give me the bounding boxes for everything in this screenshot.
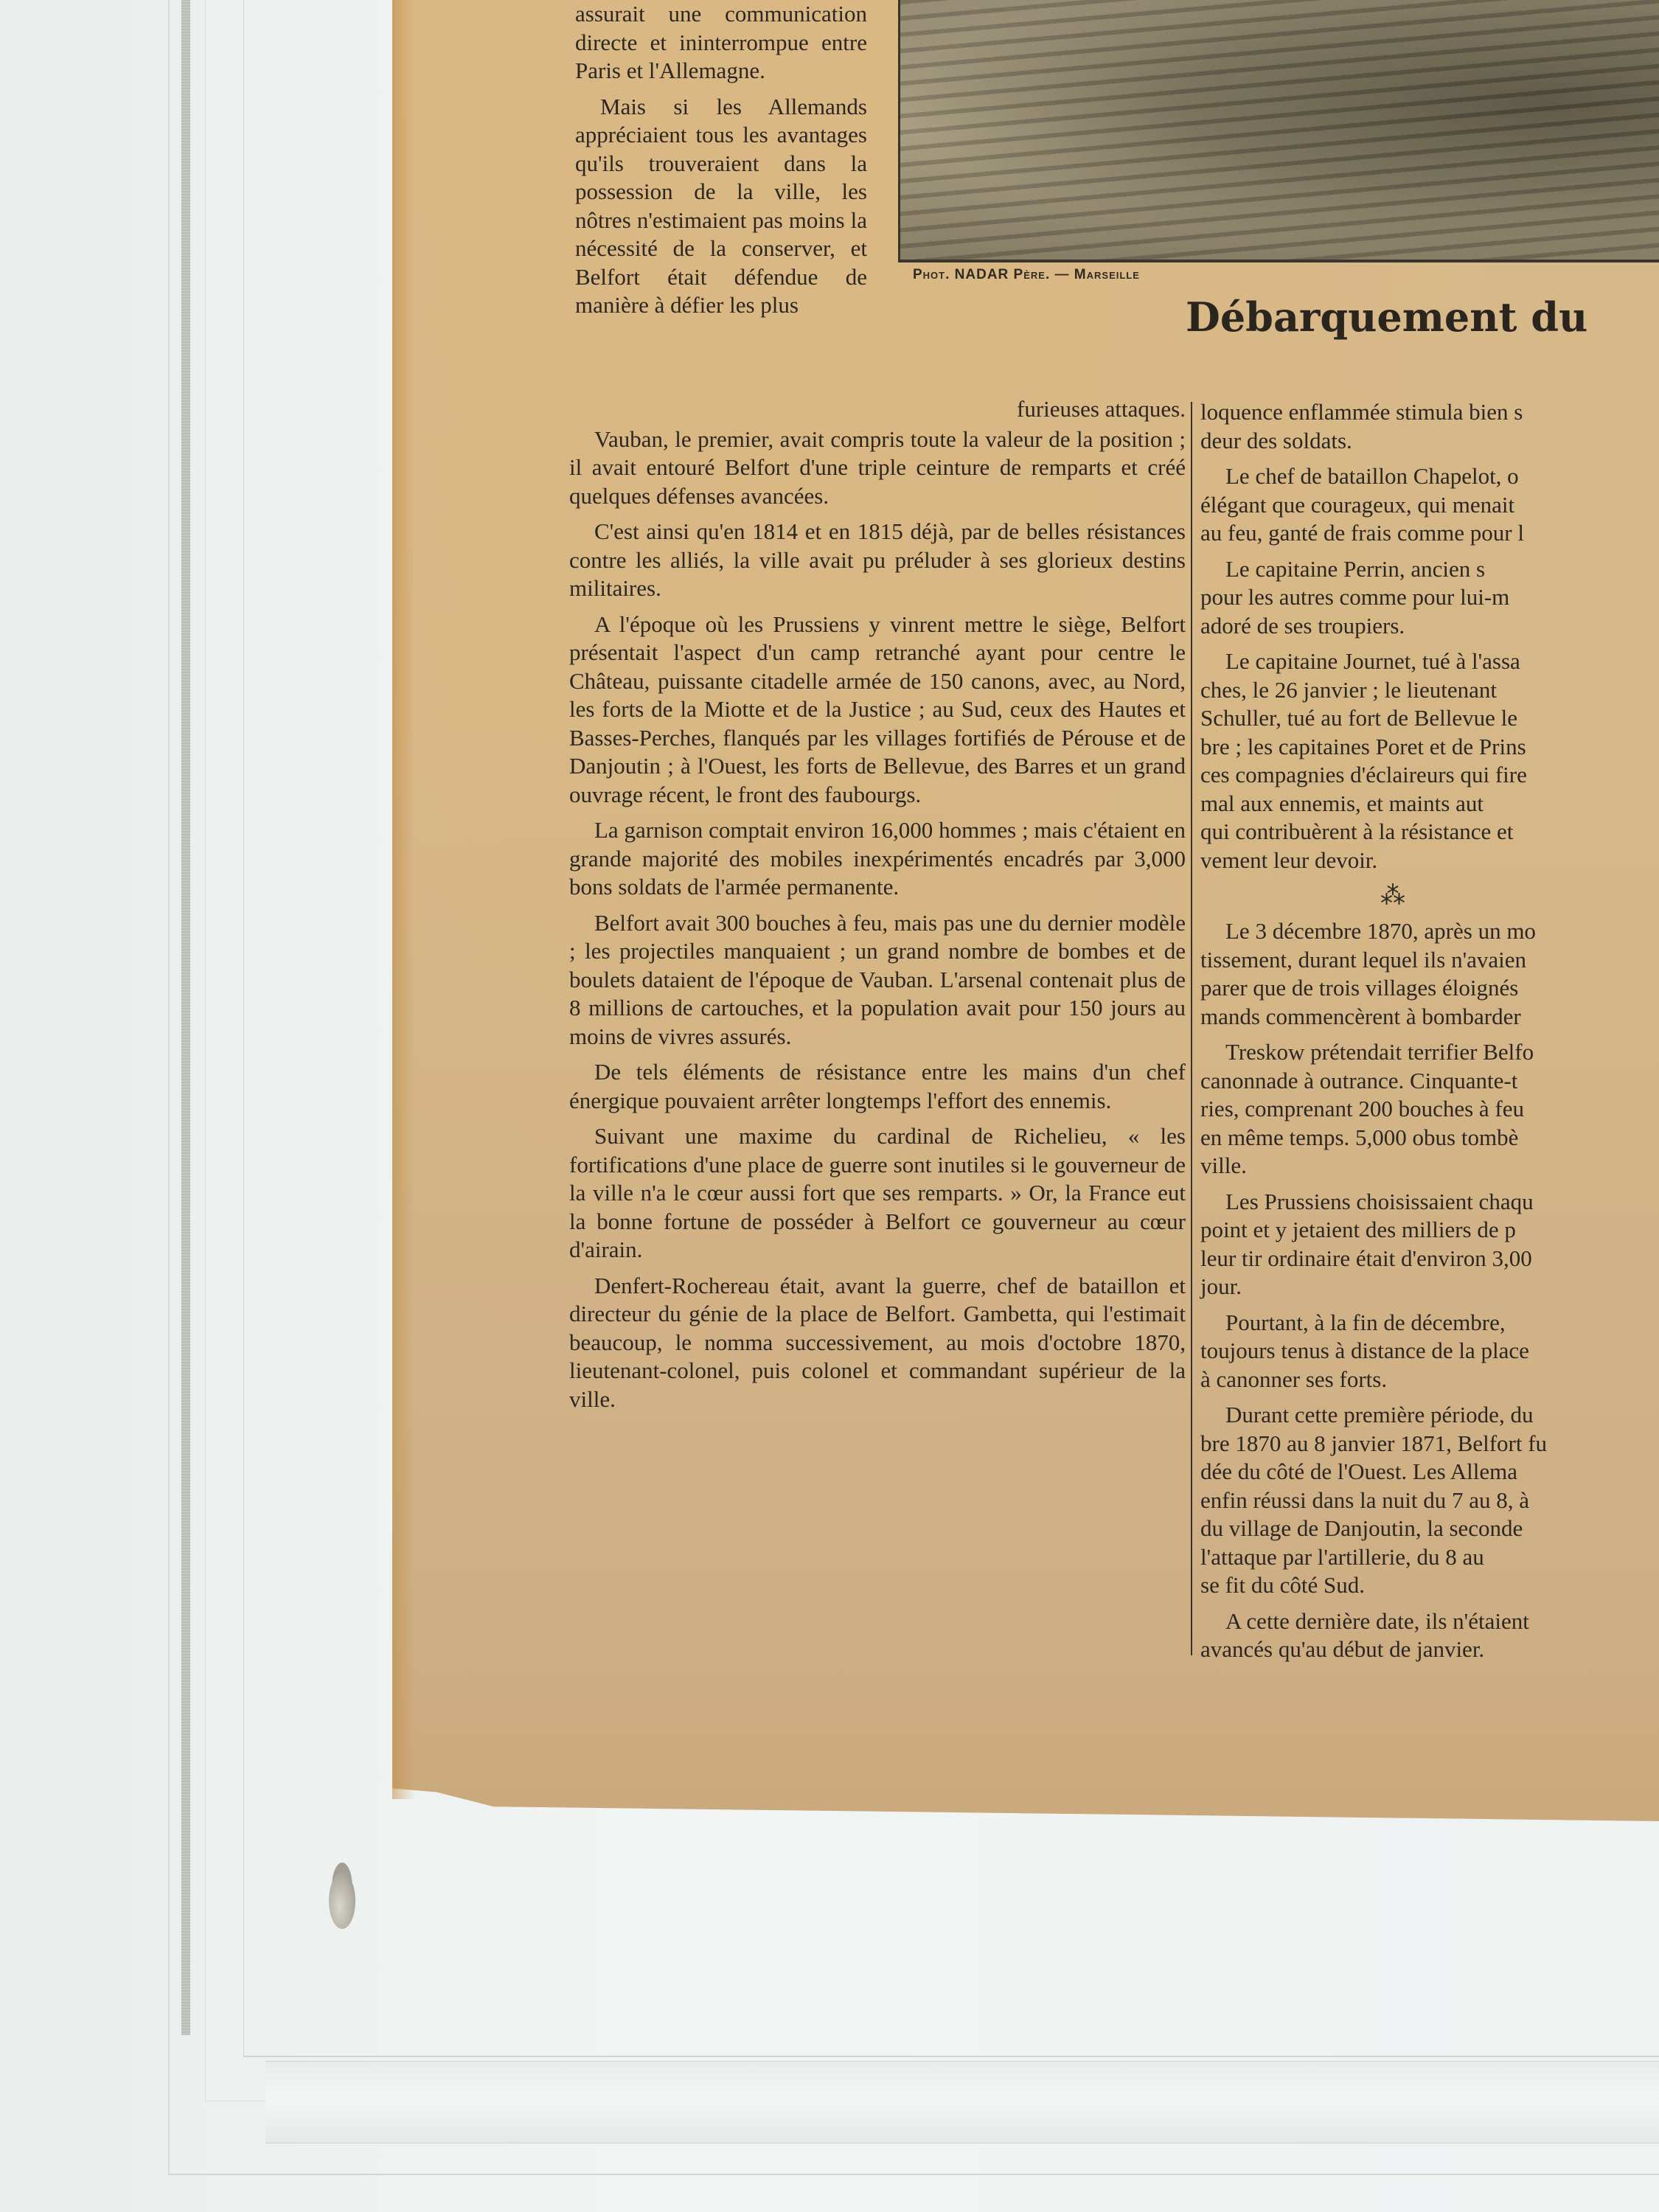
text-line: au feu, ganté de frais comme pour l xyxy=(1200,519,1659,548)
paragraph: Durant cette première période, dubre 187… xyxy=(1200,1401,1659,1600)
text-line: enfin réussi dans la nuit du 7 au 8, à xyxy=(1200,1486,1659,1515)
text-line: ces compagnies d'éclaireurs qui fire xyxy=(1200,761,1659,790)
text-line: Pourtant, à la fin de décembre, xyxy=(1200,1309,1659,1338)
text-line: mands commencèrent à bombarder xyxy=(1200,1003,1659,1032)
text-line: canonnade à outrance. Cinquante-t xyxy=(1200,1067,1659,1096)
text-line: bre ; les capitaines Poret et de Prins xyxy=(1200,733,1659,762)
acrylic-frame-groove xyxy=(181,0,190,2035)
paragraph: A l'époque où les Prussiens y vinrent me… xyxy=(569,611,1186,810)
paragraph: C'est ainsi qu'en 1814 et en 1815 déjà, … xyxy=(569,518,1186,603)
text-line: en même temps. 5,000 obus tombè xyxy=(1200,1124,1659,1152)
text-line: Le 3 décembre 1870, après un mo xyxy=(1200,917,1659,946)
text-line: se fit du côté Sud. xyxy=(1200,1571,1659,1600)
text-line: ville. xyxy=(1200,1152,1659,1180)
paragraph: Le capitaine Perrin, ancien spour les au… xyxy=(1200,555,1659,641)
paragraph: Vauban, le premier, avait compris toute … xyxy=(569,425,1186,511)
text-line: bre 1870 au 8 janvier 1871, Belfort fu xyxy=(1200,1430,1659,1458)
text-line: Le capitaine Perrin, ancien s xyxy=(1200,555,1659,584)
text-line: toujours tenus à distance de la place xyxy=(1200,1337,1659,1366)
paragraph: Suivant une maxime du cardinal de Richel… xyxy=(569,1122,1186,1265)
text-line: point et y jetaient des milliers de p xyxy=(1200,1216,1659,1245)
paragraph: Le chef de bataillon Chapelot, oélégant … xyxy=(1200,462,1659,548)
photograph xyxy=(898,0,1659,262)
acrylic-frame-bottom-band xyxy=(265,2061,1659,2143)
text-line: du village de Danjoutin, la seconde xyxy=(1200,1514,1659,1543)
paragraph: Denfert-Rochereau était, avant la guerre… xyxy=(569,1272,1186,1414)
text-line: Durant cette première période, du xyxy=(1200,1401,1659,1430)
paragraph: Le capitaine Journet, tué à l'assaches, … xyxy=(1200,647,1659,874)
paragraph: De tels éléments de résistance entre les… xyxy=(569,1058,1186,1115)
paragraph: furieuses attaques. xyxy=(569,395,1186,424)
text-line: adoré de ses troupiers. xyxy=(1200,612,1659,641)
text-line: mal aux ennemis, et maints aut xyxy=(1200,790,1659,818)
text-line: élégant que courageux, qui menait xyxy=(1200,491,1659,520)
text-line: ches, le 26 janvier ; le lieutenant xyxy=(1200,676,1659,705)
left-column: furieuses attaques. Vauban, le premier, … xyxy=(569,395,1186,1421)
paragraph: Les Prussiens choisissaient chaqupoint e… xyxy=(1200,1188,1659,1301)
text-line: leur tir ordinaire était d'environ 3,00 xyxy=(1200,1245,1659,1273)
paragraph: Mais si les Allemands appréciaient tous … xyxy=(575,93,867,320)
photo-credit: Phot. NADAR Père. — Marseille xyxy=(913,267,1140,283)
text-line: l'attaque par l'artillerie, du 8 au xyxy=(1200,1543,1659,1572)
paragraph: assurait une communication directe et in… xyxy=(575,0,867,86)
paragraph: Treskow prétendait terrifier Belfocanonn… xyxy=(1200,1038,1659,1180)
text-line: A cette dernière date, ils n'étaient xyxy=(1200,1607,1659,1636)
right-column: loquence enflammée stimula bien sdeur de… xyxy=(1200,398,1659,1672)
asterism-divider: ⁂ xyxy=(1200,882,1584,911)
text-line: parer que de trois villages éloignés xyxy=(1200,974,1659,1003)
paragraph: A cette dernière date, ils n'étaientavan… xyxy=(1200,1607,1659,1664)
text-line: Le chef de bataillon Chapelot, o xyxy=(1200,462,1659,491)
text-line: qui contribuèrent à la résistance et xyxy=(1200,818,1659,846)
text-line: avancés qu'au début de janvier. xyxy=(1200,1635,1659,1664)
text-line: à canonner ses forts. xyxy=(1200,1366,1659,1394)
text-line: Schuller, tué au fort de Bellevue le xyxy=(1200,704,1659,733)
text-line: Treskow prétendait terrifier Belfo xyxy=(1200,1038,1659,1067)
text-line: Le capitaine Journet, tué à l'assa xyxy=(1200,647,1659,676)
text-line: loquence enflammée stimula bien s xyxy=(1200,398,1659,427)
metal-standoff-icon xyxy=(329,1873,355,1929)
text-line: vement leur devoir. xyxy=(1200,846,1659,875)
narrow-column: assurait une communication directe et in… xyxy=(575,0,867,327)
text-line: tissement, durant lequel ils n'avaien xyxy=(1200,946,1659,975)
text-line: ries, comprenant 200 bouches à feu xyxy=(1200,1095,1659,1124)
section-title: Débarquement du xyxy=(1186,293,1587,341)
paper-edge-shading xyxy=(392,0,414,1799)
paragraph: Belfort avait 300 bouches à feu, mais pa… xyxy=(569,909,1186,1051)
paragraph: Pourtant, à la fin de décembre,toujours … xyxy=(1200,1309,1659,1394)
paragraph: Le 3 décembre 1870, après un motissement… xyxy=(1200,917,1659,1031)
text-line: jour. xyxy=(1200,1273,1659,1301)
text-line: pour les autres comme pour lui-m xyxy=(1200,583,1659,612)
text-line: dée du côté de l'Ouest. Les Allema xyxy=(1200,1458,1659,1486)
text-line: deur des soldats. xyxy=(1200,427,1659,456)
text-line: Les Prussiens choisissaient chaqu xyxy=(1200,1188,1659,1217)
column-rule xyxy=(1191,402,1192,1655)
paragraph: La garnison comptait environ 16,000 homm… xyxy=(569,816,1186,902)
paragraph: loquence enflammée stimula bien sdeur de… xyxy=(1200,398,1659,455)
